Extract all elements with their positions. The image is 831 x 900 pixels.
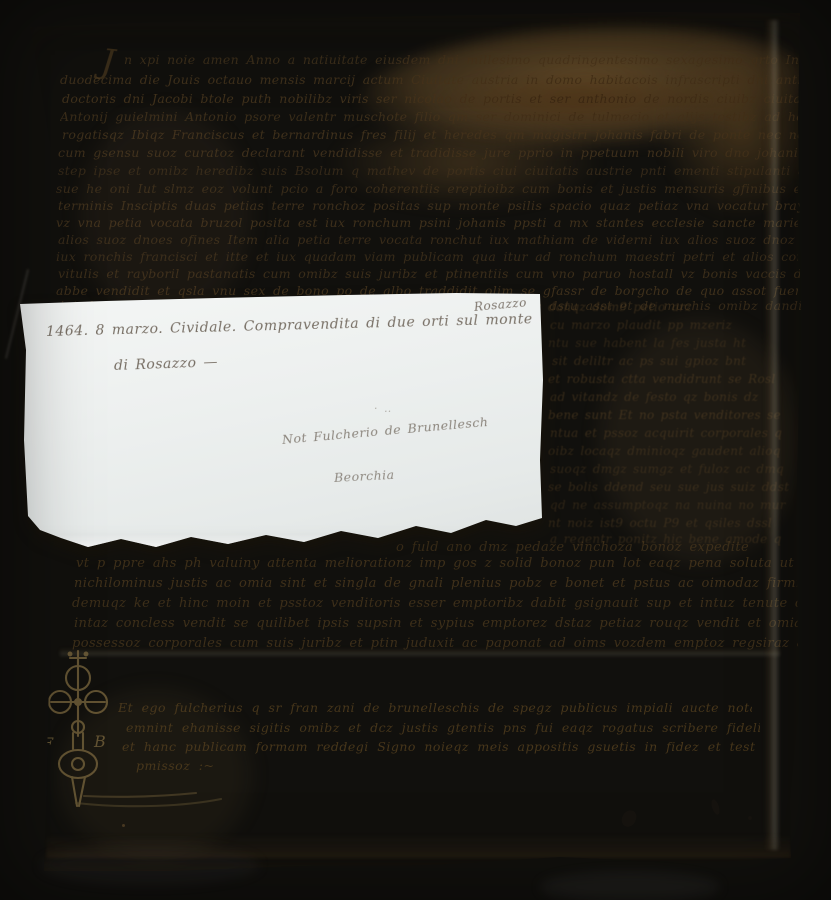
- manuscript-line: vitulis et rayboril pastanatis cum omibz…: [58, 266, 800, 281]
- manuscript-line: nichilominus justis ac omia sint et sing…: [74, 576, 812, 591]
- manuscript-line: nt noiz ist9 octu P9 et qsiles dssl: [548, 516, 772, 530]
- backdrop-smudge: [540, 872, 720, 900]
- manuscript-line: vz vna petia vocata bruzol posita est iu…: [56, 215, 798, 230]
- manuscript-line: sit deliltr ac ps sui gpioz bnt: [552, 354, 746, 368]
- manuscript-line: alios suoz dnoes ofines Item alia petia …: [58, 232, 800, 247]
- crease: [46, 834, 791, 858]
- ink-speck: [122, 824, 125, 827]
- slip-title-line2: di Rosazzo —: [114, 354, 219, 374]
- manuscript-line: suoqz dmgz sumgz et fuloz ac dmq: [550, 462, 784, 476]
- manuscript-line: et robusta ctta vendidrunt se Rosl: [548, 372, 776, 386]
- manuscript-line: ntu sue habent la fes justa ht: [548, 336, 746, 350]
- manuscript-line: intaz concless vendit se quilibet ipsis …: [74, 616, 812, 631]
- crease: [764, 20, 780, 850]
- stain-blot: [660, 35, 820, 215]
- signum-letter-b: B: [93, 732, 106, 751]
- archival-slip-paper: Rosazzo 1464. 8 marzo. Cividale. Comprav…: [16, 290, 548, 556]
- slip-notary-note: Not Fulcherio de Brunellesch: [281, 414, 489, 447]
- manuscript-line: iux ronchis francisci et itte et iux qua…: [56, 249, 798, 264]
- signum-letter-f: F: [41, 734, 54, 753]
- manuscript-line: vt p ppre ahs ph valuiny attenta meliora…: [76, 556, 814, 571]
- manuscript-line: oibz locaqz dminioqz gaudent alioq: [548, 444, 781, 458]
- manuscript-line: ad vitandz de festo qz bonis dz: [550, 390, 759, 404]
- stain-blot: [330, 115, 600, 210]
- manuscript-line: danqz dom9 petio arz: [548, 300, 692, 314]
- archival-slip: Rosazzo 1464. 8 marzo. Cividale. Comprav…: [16, 290, 548, 556]
- manuscript-line: bene sunt Et no psta venditores se: [548, 408, 781, 422]
- manuscript-line: cu marzo plaudit pp mzeriz: [550, 318, 732, 332]
- notary-signum: F B: [36, 646, 336, 814]
- ink-blot: [620, 808, 638, 828]
- slip-faint-marks: · ‥: [374, 402, 392, 415]
- ink-blot: [710, 798, 722, 815]
- manuscript-line: qd ne assumptoqz na nuina no mur: [550, 498, 786, 512]
- photograph-of-parchment-deed: J n xpi noie amen Anno a natiuitate eius…: [0, 0, 831, 900]
- ink-blot: [748, 816, 752, 820]
- slip-title-line: 1464. 8 marzo. Cividale. Compravendita d…: [46, 311, 533, 340]
- manuscript-line: se bolis ddend seu sue jus suiz ddst: [548, 480, 789, 494]
- manuscript-line: demuqz ke et hinc moin et psstoz vendito…: [72, 596, 810, 611]
- slip-notary-note2: Beorchia: [334, 467, 395, 485]
- manuscript-line: ntua et pssoz acquirit corporales q: [550, 426, 782, 440]
